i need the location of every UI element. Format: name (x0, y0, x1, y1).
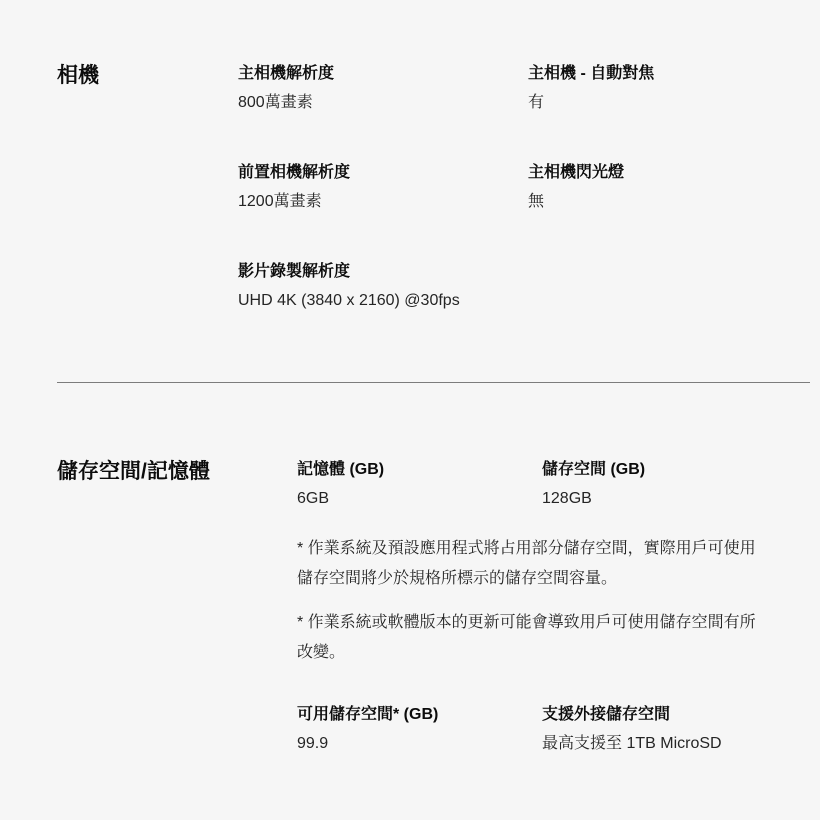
spec-value: 99.9 (297, 733, 542, 755)
spec-item-memory: 記憶體 (GB) 6GB (297, 459, 542, 510)
spec-value: 無 (528, 191, 810, 213)
spec-value: 6GB (297, 488, 542, 510)
storage-spec-grid: 記憶體 (GB) 6GB 儲存空間 (GB) 128GB (297, 459, 810, 510)
spec-item-main-camera-flash: 主相機閃光燈 無 (528, 162, 810, 213)
storage-bottom-grid: 可用儲存空間* (GB) 99.9 支援外接儲存空間 最高支援至 1TB Mic… (297, 704, 810, 755)
spec-item-video-recording-resolution: 影片錄製解析度 UHD 4K (3840 x 2160) @30fps (238, 261, 528, 312)
storage-section-content: 記憶體 (GB) 6GB 儲存空間 (GB) 128GB * 作業系統及預設應用… (297, 459, 810, 755)
section-divider (57, 382, 810, 383)
spec-label: 主相機 - 自動對焦 (528, 63, 810, 85)
spec-item-storage: 儲存空間 (GB) 128GB (542, 459, 810, 510)
spec-label: 支援外接儲存空間 (542, 704, 810, 726)
spec-label: 記憶體 (GB) (297, 459, 542, 481)
camera-section-content: 主相機解析度 800萬畫素 主相機 - 自動對焦 有 前置相機解析度 1200萬… (238, 63, 810, 312)
spec-item-main-camera-resolution: 主相機解析度 800萬畫素 (238, 63, 528, 114)
spec-item-available-storage: 可用儲存空間* (GB) 99.9 (297, 704, 542, 755)
camera-spec-grid: 主相機解析度 800萬畫素 主相機 - 自動對焦 有 前置相機解析度 1200萬… (238, 63, 810, 312)
storage-section: 儲存空間/記憶體 記憶體 (GB) 6GB 儲存空間 (GB) 128GB * … (57, 459, 810, 755)
spec-label: 主相機閃光燈 (528, 162, 810, 184)
spec-item-external-storage: 支援外接儲存空間 最高支援至 1TB MicroSD (542, 704, 810, 755)
camera-section: 相機 主相機解析度 800萬畫素 主相機 - 自動對焦 有 前置相機解析度 12… (57, 63, 810, 312)
spec-value: 128GB (542, 488, 810, 510)
spec-item-main-camera-autofocus: 主相機 - 自動對焦 有 (528, 63, 810, 114)
spec-label: 主相機解析度 (238, 63, 528, 85)
spec-label: 儲存空間 (GB) (542, 459, 810, 481)
camera-section-title: 相機 (57, 63, 238, 89)
spec-label: 可用儲存空間* (GB) (297, 704, 542, 726)
storage-footnote-2: * 作業系統或軟體版本的更新可能會導致用戶可使用儲存空間有所改變。 (297, 608, 759, 668)
spec-label: 前置相機解析度 (238, 162, 528, 184)
spec-value: 有 (528, 92, 810, 114)
storage-footnote-1: * 作業系統及預設應用程式將占用部分儲存空間，實際用戶可使用儲存空間將少於規格所… (297, 534, 759, 594)
storage-section-title: 儲存空間/記憶體 (57, 459, 297, 485)
spec-value: 最高支援至 1TB MicroSD (542, 733, 810, 755)
spec-page: 相機 主相機解析度 800萬畫素 主相機 - 自動對焦 有 前置相機解析度 12… (0, 0, 820, 820)
spec-item-front-camera-resolution: 前置相機解析度 1200萬畫素 (238, 162, 528, 213)
spec-value: 800萬畫素 (238, 92, 528, 114)
spec-value: UHD 4K (3840 x 2160) @30fps (238, 290, 528, 312)
spec-label: 影片錄製解析度 (238, 261, 528, 283)
spec-value: 1200萬畫素 (238, 191, 528, 213)
